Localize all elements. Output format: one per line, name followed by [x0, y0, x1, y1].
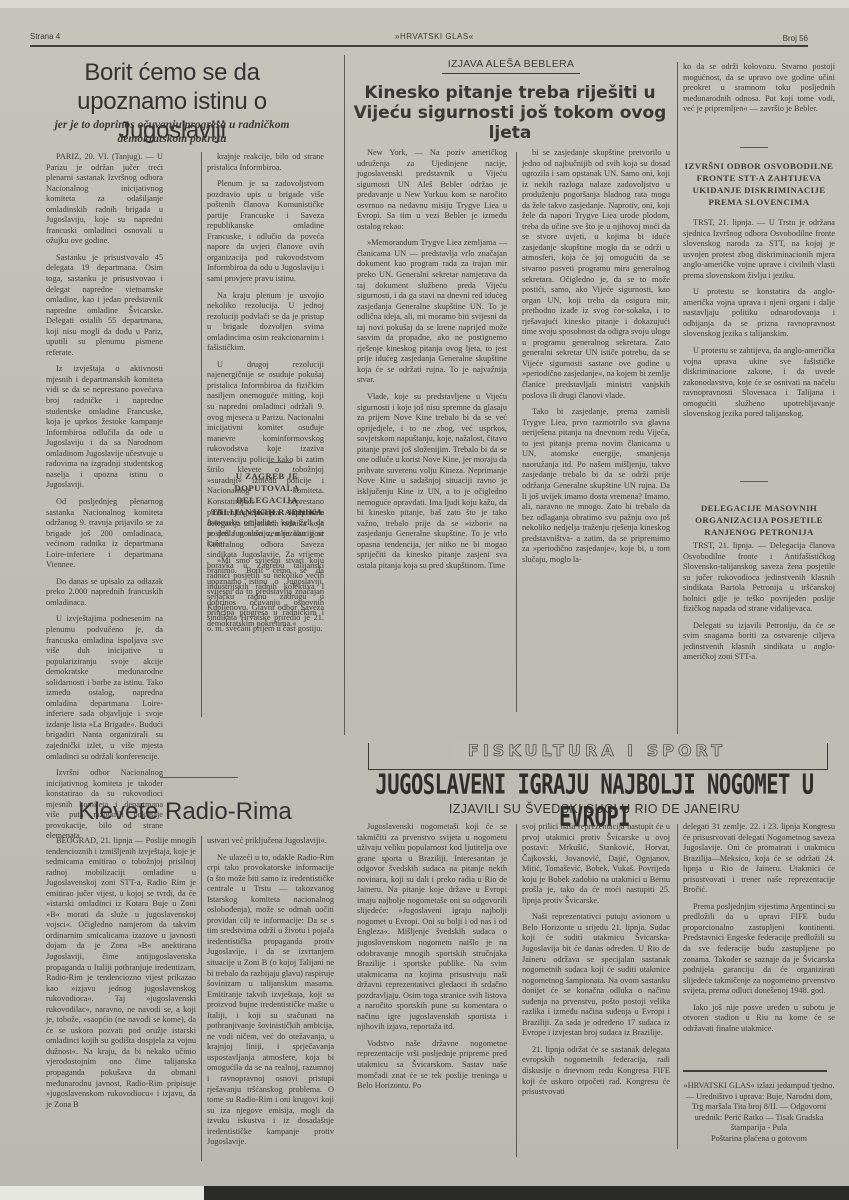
- paragraph: 21. lipnja održat će se sastanak delegat…: [522, 1045, 670, 1098]
- running-header: Strana 4 »HRVATSKI GLAS« Broj 56: [30, 30, 808, 44]
- paragraph: Ne ulazeći u to, odakle Radio-Rim crpi t…: [207, 853, 334, 1148]
- paragraph: bi se zasjedanje skupštine pretvorilo u …: [522, 148, 670, 401]
- paragraph: Do danas se upisalo za odlazak preko 2.0…: [46, 577, 163, 609]
- paragraph: Delegati su izjavili Petroniju, da će se…: [683, 621, 835, 663]
- imprint-text: »HRVATSKI GLAS« izlazi jedampud tjedno. …: [683, 1081, 835, 1134]
- column-divider: [677, 62, 678, 734]
- article-column: New York, — Na poziv američkog udruženja…: [357, 148, 507, 577]
- paragraph: TRST, 21. lipnja. — Delegacija članova O…: [683, 541, 835, 615]
- paragraph: U izvještajima podnesenim na plenumu pod…: [46, 614, 163, 762]
- article-column: delegati 31 zemlje. 22. i 23. lipnja Kon…: [683, 822, 835, 1040]
- issue-number: Broj 56: [783, 34, 808, 43]
- separator: [740, 147, 768, 148]
- kicker-text: IZJAVA ALEŠA BEBLERA: [442, 58, 580, 74]
- paragraph: Plenum je sa zadovoljstvom pozdravio upi…: [207, 179, 324, 284]
- imprint: »HRVATSKI GLAS« izlazi jedampud tjedno. …: [683, 1081, 835, 1145]
- paragraph: TRST, 21. lipnja. — U Trstu je održana s…: [683, 218, 835, 281]
- paragraph: Tako bi zasjedanje, prema zamisli Trygve…: [522, 407, 670, 565]
- header-rule: [30, 45, 808, 47]
- article-subheadline: jer je to doprinos očuvanju progresa u r…: [32, 118, 312, 146]
- paragraph: Vlade, koje su predstavljene u Vijeću si…: [357, 392, 507, 571]
- page-number: Strana 4: [30, 32, 60, 41]
- paragraph: New York, — Na poziv američkog udruženja…: [357, 148, 507, 232]
- paragraph: ko da se održi kolovozu. Stvarno postoji…: [683, 62, 835, 115]
- paragraph: Iako još nije posve uređen u subotu je o…: [683, 1003, 835, 1035]
- newspaper-page: Strana 4 »HRVATSKI GLAS« Broj 56 Borit ć…: [0, 0, 849, 1200]
- article-headline: DELEGACIJE MASOVNIH ORGANIZACIJA POSJETI…: [683, 502, 835, 538]
- paragraph: U protestu se zahtijeva, da anglo-američ…: [683, 346, 835, 420]
- scan-edge: [0, 1186, 849, 1200]
- article-headline: Kinesko pitanje treba riješiti u Vijeću …: [340, 83, 680, 143]
- paragraph: BEOGRAD, 21. lipnja — Poslije mnogih ten…: [46, 836, 196, 1110]
- article-column: ko da se održi kolovozu. Stvarno postoji…: [683, 62, 835, 121]
- article-column: PARIZ, 20. VI. (Tanjug). — U Parizu je o…: [46, 152, 163, 848]
- column-divider: [201, 836, 202, 1161]
- article-column: ustvari već priključena Jugoslaviji«. Ne…: [207, 836, 334, 1154]
- separator: [160, 777, 238, 778]
- article-column: Jugoslavenski nogometaši koji će se takm…: [357, 822, 507, 1098]
- masthead-title: »HRVATSKI GLAS«: [395, 32, 474, 41]
- paragraph: Prema posljednjim vijestima Argentinci s…: [683, 902, 835, 997]
- article-headline: IZVRŠNI ODBOR OSVOBODILNE FRONTE STT-A Z…: [683, 160, 835, 208]
- article-column: BEOGRAD, 21. lipnja — Poslije mnogih ten…: [46, 836, 196, 1116]
- column-divider: [677, 824, 678, 1149]
- paragraph: U protestu se konstatira da anglo-američ…: [683, 287, 835, 340]
- postage-note: Poštarina plaćena u gotovom: [683, 1134, 835, 1145]
- column-divider: [516, 824, 517, 1157]
- article-kicker: IZJAVA ALEŠA BEBLERA: [380, 58, 642, 70]
- paragraph: Vodstvo naše državne nogometne reprezent…: [357, 1039, 507, 1092]
- imprint-rule: [683, 1070, 827, 1072]
- paragraph: »Memorandum Trygve Liea zemljama — člani…: [357, 238, 507, 386]
- paragraph: Iz izvještaja o aktivnosti mjesnih i dep…: [46, 364, 163, 491]
- column-divider: [344, 55, 345, 735]
- paragraph: U Zagreb je doputovala delegacija talija…: [207, 508, 324, 635]
- paragraph: krajnje reakcije, bilo od strane pristal…: [207, 152, 324, 173]
- paragraph: PARIZ, 20. VI. (Tanjug). — U Parizu je o…: [46, 152, 163, 247]
- article-column: TRST, 21. lipnja. — Delegacija članova O…: [683, 541, 835, 669]
- paragraph: ustvari već priključena Jugoslaviji«.: [207, 836, 334, 847]
- article-column: svoj prilici naša reprezentacija nastupi…: [522, 822, 670, 1104]
- column-divider: [516, 152, 517, 712]
- article-column: U Zagreb je doputovala delegacija talija…: [207, 508, 324, 641]
- article-subheadline: IZJAVILI SU ŠVEDSKI SUCI U RIO DE JANEIR…: [340, 802, 849, 816]
- paragraph: Sastanku je prisustvovalo 45 delegata 19…: [46, 253, 163, 358]
- article-column: bi se zasjedanje skupštine pretvorilo u …: [522, 148, 670, 571]
- column-divider: [201, 152, 202, 717]
- separator: [740, 481, 768, 482]
- paragraph: delegati 31 zemlje. 22. i 23. lipnja Kon…: [683, 822, 835, 896]
- paragraph: svoj prilici naša reprezentacija nastupi…: [522, 822, 670, 906]
- scan-edge: [0, 0, 849, 8]
- section-banner: FISKULTURA I SPORT: [368, 741, 826, 761]
- separator: [268, 462, 292, 463]
- paragraph: Od posljednjeg plenarnog sastanka Nacion…: [46, 497, 163, 571]
- section-title: FISKULTURA I SPORT: [454, 741, 740, 760]
- paragraph: Na kraju plenum je usvojio nekoliko rezo…: [207, 291, 324, 354]
- article-headline: Klevete Radio-Rima: [30, 798, 340, 826]
- article-column: TRST, 21. lipnja. — U Trstu je održana s…: [683, 218, 835, 426]
- paragraph: Jugoslavenski nogometaši koji će se takm…: [357, 822, 507, 1033]
- paragraph: Naši reprezentativci putuju avionom u Be…: [522, 912, 670, 1039]
